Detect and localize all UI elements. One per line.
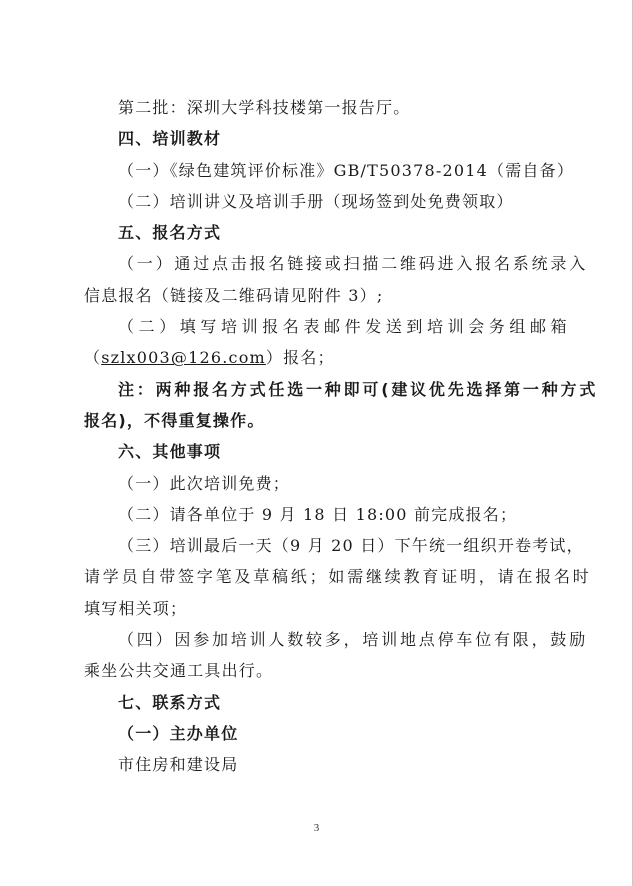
venue-second-batch: 第二批：深圳大学科技楼第一报告厅。 — [84, 92, 550, 123]
materials-item-2: （二）培训讲义及培训手册（现场签到处免费领取） — [84, 186, 550, 217]
page-number: 3 — [0, 822, 633, 834]
other-item-2: （二）请各单位于 9 月 18 日 18:00 前完成报名； — [84, 499, 550, 530]
registration-item-2-line-1: （二）填写培训报名表邮件发送到培训会务组邮箱 — [84, 311, 550, 342]
section-heading-other-matters: 六、其他事项 — [84, 436, 550, 467]
paren-open: （ — [84, 348, 101, 367]
other-item-3-line-2: 请学员自带签字笔及草稿纸；如需继续教育证明，请在报名时 — [84, 561, 550, 592]
organizer-name: 市住房和建设局 — [84, 749, 550, 780]
registration-item-2-line-2: （szlx003@126.com）报名； — [84, 342, 550, 373]
section-heading-registration: 五、报名方式 — [84, 217, 550, 248]
registration-item-1-line-1: （一）通过点击报名链接或扫描二维码进入报名系统录入 — [84, 248, 550, 279]
registration-note-line-2: 报名)，不得重复操作。 — [84, 405, 550, 436]
registration-email-link[interactable]: szlx003@126.com — [101, 348, 266, 367]
other-item-4-line-2: 乘坐公共交通工具出行。 — [84, 655, 550, 686]
document-body: 第二批：深圳大学科技楼第一报告厅。 四、培训教材 （一）《绿色建筑评价标准》GB… — [84, 92, 550, 781]
other-item-3-line-1: （三）培训最后一天（9 月 20 日）下午统一组织开卷考试， — [84, 530, 550, 561]
section-heading-contact: 七、联系方式 — [84, 687, 550, 718]
registration-note-line-1: 注：两种报名方式任选一种即可(建议优先选择第一种方式 — [84, 374, 550, 405]
other-item-1: （一）此次培训免费； — [84, 468, 550, 499]
registration-item-1-line-2: 信息报名（链接及二维码请见附件 3）; — [84, 280, 550, 311]
section-heading-training-materials: 四、培训教材 — [84, 123, 550, 154]
contact-subheading-organizer: （一）主办单位 — [84, 718, 550, 749]
other-item-3-line-3: 填写相关项； — [84, 593, 550, 624]
materials-item-1: （一）《绿色建筑评价标准》GB/T50378-2014（需自备） — [84, 155, 550, 186]
registration-suffix: ）报名； — [266, 348, 335, 367]
other-item-4-line-1: （四）因参加培训人数较多，培训地点停车位有限，鼓励 — [84, 624, 550, 655]
